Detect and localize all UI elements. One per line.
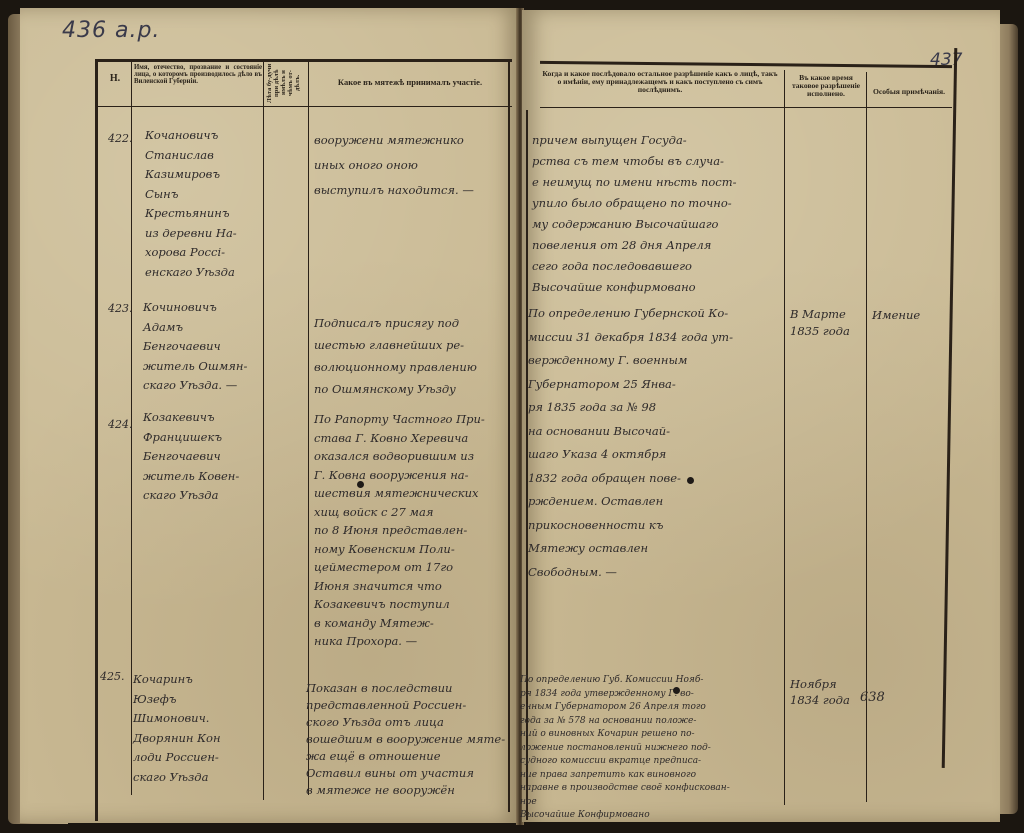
header-name-status: Имя, отечество, прозвание и состояніе ли… xyxy=(134,64,262,85)
entry-423-participation: Подписалъ присягу под шестью главнейших … xyxy=(314,312,510,400)
ink-blot xyxy=(673,687,680,694)
entry-425-executed: Ноября 1834 года xyxy=(790,676,866,708)
entry-422-number: 422. xyxy=(108,132,133,145)
entry-425-number: 425. xyxy=(100,670,125,683)
right-col-divider-2 xyxy=(784,70,785,805)
ink-blot xyxy=(357,481,364,488)
entry-423-number: 423. xyxy=(108,302,133,315)
header-age-vertical: Лѣта бу-дучи при дѣлѣ имѣлъ и чѣмъ от-дѣ… xyxy=(266,62,306,104)
header-resolution: Когда и какое послѣдовало остальное разр… xyxy=(540,70,780,94)
entry-424-number: 424. xyxy=(108,418,133,431)
left-table-outer-border xyxy=(95,59,98,821)
ink-blot xyxy=(687,477,694,484)
entry-424-name: Козакевичъ Францишекъ Бенгочаевич житель… xyxy=(143,408,261,506)
left-col-divider-2 xyxy=(263,60,264,800)
entry-422-participation: вооружени мятежнико иных оного оною выст… xyxy=(314,128,510,203)
header-participation: Какое въ мятежѣ принималъ участіе. xyxy=(312,78,508,87)
entry-422-name: Кочановичъ Станислав Казимировъ Сынъ Кре… xyxy=(145,126,263,282)
entry-423-executed: В Марте 1835 года xyxy=(790,306,866,340)
entry-422-resolution: причем выпущен Госуда- рства съ тем чтоб… xyxy=(532,130,784,298)
left-folio-number: 436 а.р. xyxy=(62,18,160,43)
header-number: Н. xyxy=(100,74,130,85)
header-executed-time: Въ какое время таковое разрѣшеніе исполн… xyxy=(786,74,866,98)
entry-425-resolution: По определению Губ. Комиссии Нояб- ря 18… xyxy=(520,674,782,823)
right-header-bottom-rule xyxy=(540,107,952,108)
entry-423-name: Кочиновичъ Адамъ Бенгочаевич житель Ошмя… xyxy=(143,298,261,396)
left-header-bottom-rule xyxy=(98,106,512,107)
entry-425-name: Кочаринъ Юзефъ Шимонович. Дворянин Кон л… xyxy=(133,670,263,787)
entry-425-notes: 638 xyxy=(860,688,920,708)
header-special-notes: Особыя примѣчанія. xyxy=(869,88,949,96)
entry-424-participation: По Рапорту Частного При- става Г. Ковно … xyxy=(314,410,510,651)
entry-425-participation: Показан в последствии представленной Рос… xyxy=(306,680,510,799)
entry-423-resolution: По определению Губернской Ко- миссии 31 … xyxy=(528,302,784,584)
entry-423-notes: Имение xyxy=(872,306,948,326)
